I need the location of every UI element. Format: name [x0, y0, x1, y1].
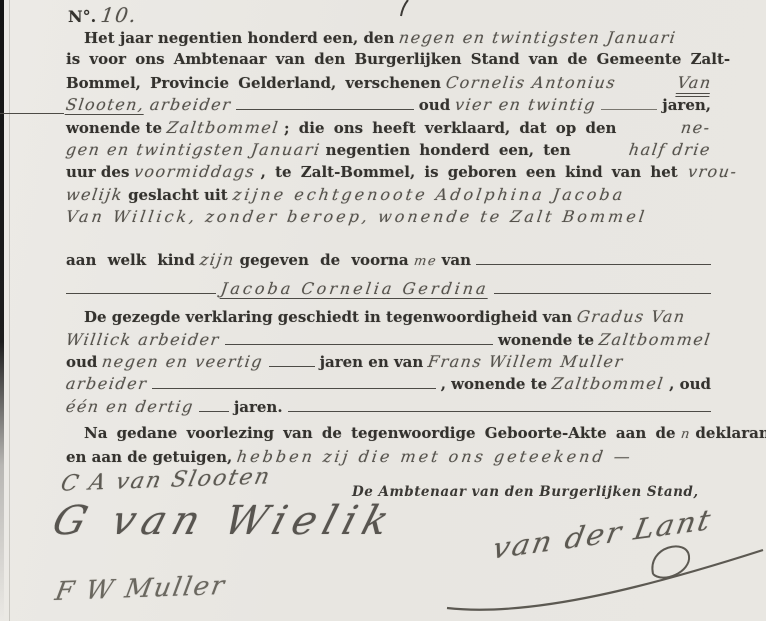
printed-segment: geslacht uit [128, 186, 228, 204]
body-line: Bommel, Provincie Gelderland, verschenen… [66, 73, 716, 95]
printed-segment: oud [419, 96, 450, 114]
handwritten-closing: hebben zij die met ons geteekend — [236, 447, 635, 466]
handwritten-witness-name: Willick arbeider [65, 330, 221, 349]
fill-rule [601, 97, 657, 110]
fill-rule [236, 97, 414, 110]
fill-rule [288, 398, 711, 411]
handwritten-segment: zijn [198, 250, 235, 269]
handwritten-time: voormiddags [133, 162, 257, 181]
handwritten-witness-name: Frans Willem Muller [427, 352, 625, 371]
handwritten-time: half drie [628, 140, 713, 159]
signature-declarant: C A van Slooten [58, 464, 273, 496]
handwritten-mother-name: Van Willick, zonder beroep, wonende te Z… [65, 207, 649, 226]
body-line: Jacoba Cornelia Gerdina [66, 279, 716, 301]
page-fold-line [9, 0, 10, 621]
printed-segment: De gezegde verklaring geschiedt in tegen… [84, 308, 572, 326]
printed-segment: , wonende te [441, 375, 547, 393]
scanned-birth-certificate: N°. 10. Het jaar negentien honderd een, … [0, 0, 766, 621]
printed-segment: ; die ons heeft verklaard, dat op den [284, 119, 616, 137]
body-line: Na gedane voorlezing van de tegenwoordig… [66, 424, 716, 446]
stray-ink-mark [398, 0, 412, 17]
signature-witness-1: G van Wielik [47, 498, 400, 544]
handwritten-occupation: arbeider [148, 95, 232, 114]
spacer [621, 132, 676, 133]
printed-segment: wonende te [498, 331, 594, 349]
handwritten-date: negen en twintigsten Januari [398, 28, 678, 47]
spacer [576, 154, 624, 155]
handwritten-witness-name: Gradus Van [576, 307, 687, 326]
body-line: oud negen en veertig jaren en van Frans … [66, 352, 716, 374]
handwritten-segment: n [679, 427, 691, 442]
handwritten-declarant-name: Cornelis Antonius [445, 73, 618, 92]
handwritten-segment: vrou- [686, 162, 738, 181]
printed-segment: Bommel, Provincie Gelderland, verschenen [66, 74, 441, 92]
body-line: en aan de getuigen, hebben zij die met o… [66, 447, 716, 469]
spacer [621, 87, 671, 88]
handwritten-date: gen en twintigsten Januari [65, 140, 322, 159]
body-line: Van Willick, zonder beroep, wonende te Z… [66, 207, 716, 229]
handwritten-declarant-name: Van [675, 73, 713, 97]
fill-rule [269, 354, 315, 367]
printed-segment: Het jaar negentien honderd een, den [84, 29, 394, 47]
handwritten-place: Zaltbommel [166, 118, 281, 137]
scan-edge-shadow [0, 0, 4, 621]
printed-segment: jaren en van [320, 353, 424, 371]
printed-segment: jaren, [662, 96, 711, 114]
printed-segment: , te Zalt-Bommel, is geboren een kind va… [261, 163, 678, 181]
printed-segment: jaren. [234, 398, 283, 416]
record-number: N°. 10. [68, 3, 138, 27]
fill-rule [476, 251, 711, 264]
printed-segment: uur des [66, 163, 129, 181]
handwritten-segment: me [413, 254, 438, 269]
printed-segment: aan welk kind [66, 251, 195, 269]
printed-segment: is voor ons Ambtenaar van den Burgerlijk… [66, 50, 730, 68]
underline-extension [0, 113, 64, 114]
signature-witness-2: F W Muller [53, 571, 229, 607]
body-line: uur des voormiddags , te Zalt-Bommel, is… [66, 162, 716, 184]
handwritten-occupation: arbeider [65, 374, 149, 393]
body-line: De gezegde verklaring geschiedt in tegen… [66, 307, 716, 329]
body-line: Het jaar negentien honderd een, den nege… [66, 28, 716, 50]
handwritten-child-name: Jacoba Cornelia Gerdina [220, 279, 490, 299]
body-line: gen en twintigsten Januari negentien hon… [66, 140, 716, 162]
body-line: aan welk kind zijn gegeven de voorna me … [66, 250, 716, 272]
fill-rule [66, 280, 216, 293]
printed-segment: , oud [669, 375, 711, 393]
printed-segment: wonende te [66, 119, 162, 137]
handwritten-mother-name: zijne echtgenoote Adolphina Jacoba [231, 185, 626, 204]
signature-flourish [445, 538, 766, 618]
fill-rule [199, 398, 229, 411]
printed-segment: deklarant [695, 424, 766, 442]
record-number-value: 10. [100, 3, 140, 27]
printed-segment: Na gedane voorlezing van de tegenwoordig… [84, 424, 676, 442]
fill-rule [494, 280, 711, 293]
printed-segment: oud [66, 353, 97, 371]
registrar-title-printed: De Ambtenaar van den Burgerlijken Stand, [352, 484, 699, 500]
handwritten-age: vier en twintig [454, 95, 598, 114]
body-line: één en dertig jaren. [66, 397, 716, 419]
body-line: Willick arbeider wonende te Zaltbommel [66, 330, 716, 352]
fill-rule [225, 331, 493, 344]
handwritten-age: negen en veertig [101, 352, 265, 371]
body-line: is voor ons Ambtenaar van den Burgerlijk… [66, 50, 716, 72]
document-body: Het jaar negentien honderd een, den nege… [66, 28, 716, 469]
handwritten-segment: ne- [680, 118, 712, 137]
record-number-label: N°. [68, 7, 96, 26]
handwritten-declarant-name: Slooten, [65, 95, 146, 115]
handwritten-place: Zaltbommel [598, 330, 713, 349]
body-line: Slooten, arbeider oud vier en twintig ja… [66, 95, 716, 117]
printed-segment: en aan de getuigen, [66, 448, 232, 466]
handwritten-segment: welijk [65, 185, 125, 204]
printed-segment: negentien honderd een, ten [326, 141, 571, 159]
handwritten-age: één en dertig [65, 397, 196, 416]
printed-segment: gegeven de voorna [240, 251, 409, 269]
body-line: wonende te Zaltbommel ; die ons heeft ve… [66, 118, 716, 140]
fill-rule [152, 376, 435, 389]
body-line: welijk geslacht uit zijne echtgenoote Ad… [66, 185, 716, 207]
body-line: arbeider , wonende te Zaltbommel , oud [66, 374, 716, 396]
printed-segment: van [442, 251, 471, 269]
handwritten-place: Zaltbommel [551, 374, 666, 393]
